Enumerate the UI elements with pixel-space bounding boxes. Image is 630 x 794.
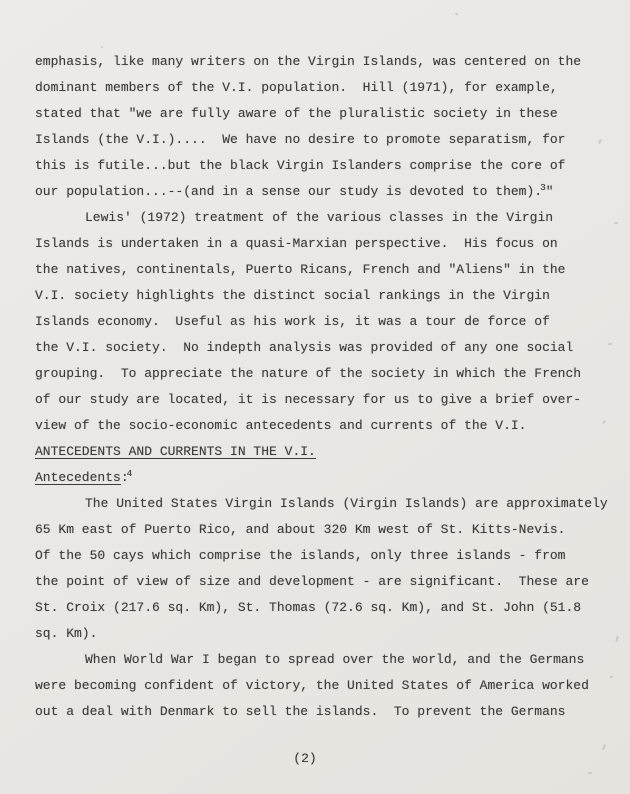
text-segment: ANTECEDENTS AND CURRENTS IN THE V.I. xyxy=(35,444,316,459)
document-page: emphasis, like many writers on the Virgi… xyxy=(0,0,630,794)
text-line: Islands economy. Useful as his work is, … xyxy=(35,309,600,335)
text-line: out a deal with Denmark to sell the isla… xyxy=(35,699,600,725)
paragraph: When World War I began to spread over th… xyxy=(35,647,600,725)
page-number: (2) xyxy=(0,751,610,766)
paragraph: emphasis, like many writers on the Virgi… xyxy=(35,49,600,205)
text-line: this is futile...but the black Virgin Is… xyxy=(35,153,600,179)
scan-speck xyxy=(614,222,618,224)
text-line: emphasis, like many writers on the Virgi… xyxy=(35,49,600,75)
scan-speck xyxy=(602,744,606,750)
text-line: stated that "we are fully aware of the p… xyxy=(35,101,600,127)
text-line: the V.I. society. No indepth analysis wa… xyxy=(35,335,600,361)
scan-speck xyxy=(602,420,606,424)
text-line: The United States Virgin Islands (Virgin… xyxy=(35,491,600,517)
text-line: Lewis' (1972) treatment of the various c… xyxy=(35,205,600,231)
text-line: were becoming confident of victory, the … xyxy=(35,673,600,699)
text-line: Islands (the V.I.).... We have no desire… xyxy=(35,127,600,153)
scan-speck xyxy=(588,772,592,775)
text-line: the point of view of size and developmen… xyxy=(35,569,600,595)
text-segment: " xyxy=(546,184,554,199)
text-line: Antecedents:4 xyxy=(35,465,600,491)
text-line: view of the socio-economic antecedents a… xyxy=(35,413,600,439)
scan-speck xyxy=(101,46,103,48)
text-segment: Antecedents xyxy=(35,470,121,485)
scan-speck xyxy=(608,343,612,346)
scan-speck xyxy=(455,12,459,15)
paragraph: The United States Virgin Islands (Virgin… xyxy=(35,491,600,647)
text-line: When World War I began to spread over th… xyxy=(35,647,600,673)
text-line: our population...--(and in a sense our s… xyxy=(35,179,600,205)
scan-speck xyxy=(610,676,613,678)
scan-speck xyxy=(615,636,619,642)
text-line: 65 Km east of Puerto Rico, and about 320… xyxy=(35,517,600,543)
paragraph: Lewis' (1972) treatment of the various c… xyxy=(35,205,600,439)
text-line: Islands is undertaken in a quasi-Marxian… xyxy=(35,231,600,257)
text-segment: our population...--(and in a sense our s… xyxy=(35,184,542,199)
text-line: of our study are located, it is necessar… xyxy=(35,387,600,413)
text-line: V.I. society highlights the distinct soc… xyxy=(35,283,600,309)
text-line: the natives, continentals, Puerto Ricans… xyxy=(35,257,600,283)
text-line: grouping. To appreciate the nature of th… xyxy=(35,361,600,387)
scan-speck xyxy=(598,139,602,144)
subheading: Antecedents:4 xyxy=(35,465,600,491)
text-line: sq. Km). xyxy=(35,621,600,647)
superscript-footnote-ref: 4 xyxy=(127,468,133,479)
page-text: emphasis, like many writers on the Virgi… xyxy=(35,49,600,725)
text-line: Of the 50 cays which comprise the island… xyxy=(35,543,600,569)
text-line: dominant members of the V.I. population.… xyxy=(35,75,600,101)
text-line: St. Croix (217.6 sq. Km), St. Thomas (72… xyxy=(35,595,600,621)
heading: ANTECEDENTS AND CURRENTS IN THE V.I. xyxy=(35,439,600,465)
text-line: ANTECEDENTS AND CURRENTS IN THE V.I. xyxy=(35,439,600,465)
